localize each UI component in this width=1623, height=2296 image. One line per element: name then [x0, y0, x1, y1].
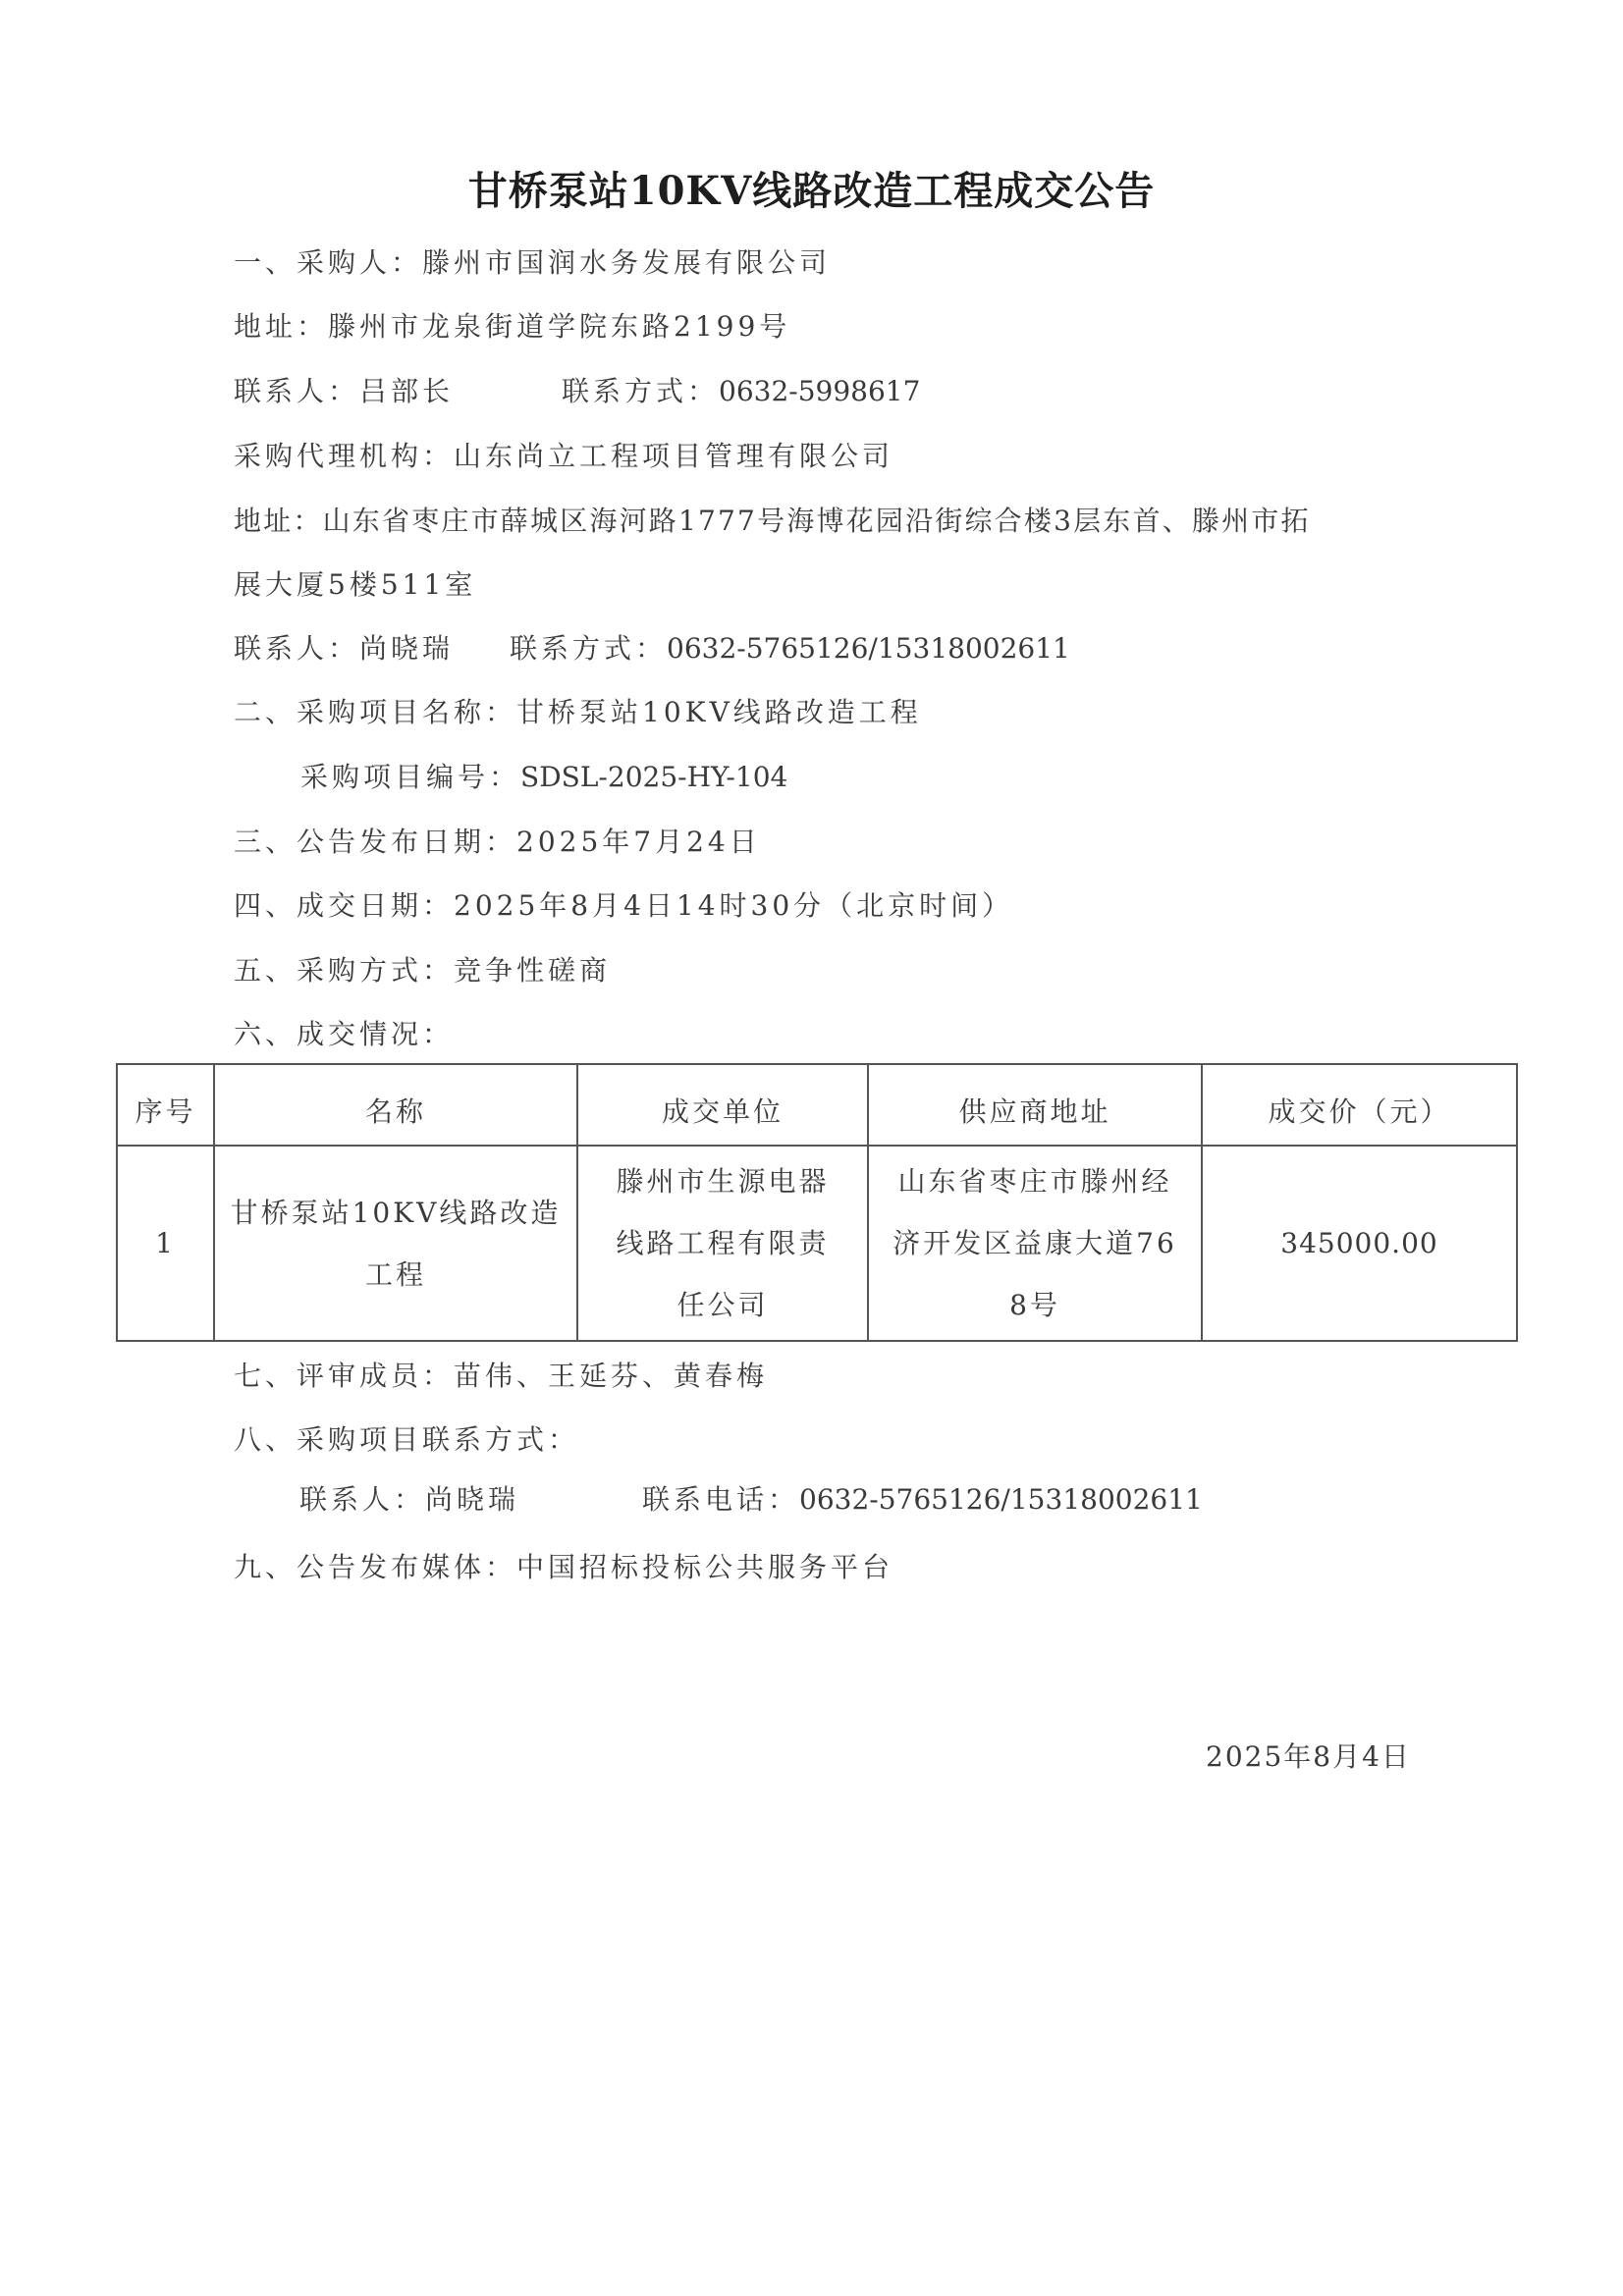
deal-status-heading: 六、成交情况： [234, 1018, 454, 1050]
cell-winner: 滕州市生源电器 线路工程有限责 任公司 [577, 1146, 868, 1341]
page-title: 甘桥泵站10KV线路改造工程成交公告 [0, 165, 1623, 218]
agency-address: 山东省枣庄市薛城区海河路1777号海博花园沿街综合楼3层东首、滕州市拓 [323, 505, 1311, 537]
agency-contact: 尚晓瑞 [359, 632, 454, 665]
announcement-date: 2025年7月24日 [516, 826, 761, 858]
deal-date-heading: 四、成交日期： [234, 889, 454, 922]
cell-supplier-address: 山东省枣庄市滕州经 济开发区益康大道76 8号 [868, 1146, 1202, 1341]
procurement-method: 竞争性磋商 [454, 954, 611, 987]
column-header-winner: 成交单位 [577, 1064, 868, 1146]
agency-address-line-2: 展大厦5楼511室 [234, 565, 476, 605]
deal-date: 2025年8月4日14时30分（北京时间） [454, 889, 1013, 922]
project-contact-line: 联系人：尚晓瑞 [299, 1480, 519, 1520]
agency-contact-line: 联系人：尚晓瑞 [234, 629, 454, 668]
cell-index: 1 [117, 1146, 214, 1341]
announcement-page: 甘桥泵站10KV线路改造工程成交公告 一、采购人：滕州市国润水务发展有限公司 地… [0, 0, 1623, 2296]
procurement-method-heading: 五、采购方式： [234, 954, 454, 987]
cell-winner-line: 任公司 [586, 1274, 859, 1336]
agency-name: 山东尚立工程项目管理有限公司 [454, 440, 893, 472]
agency-phone-label: 联系方式： [510, 632, 667, 665]
agency-phone-line: 联系方式：0632-5765126/15318002611 [510, 629, 1070, 668]
project-number-label: 采购项目编号： [300, 761, 520, 793]
agency-address-continued: 展大厦5楼511室 [234, 568, 476, 601]
agency-address-label: 地址： [234, 505, 323, 537]
purchaser-phone: 0632-5998617 [719, 375, 920, 407]
purchaser-contact: 吕部长 [359, 375, 454, 407]
project-contact-heading: 八、采购项目联系方式： [234, 1423, 579, 1456]
table-row: 1 甘桥泵站10KV线路改造 工程 滕州市生源电器 线路工程有限责 任公司 山东… [117, 1146, 1517, 1341]
project-contact-label: 联系人： [299, 1483, 425, 1516]
reviewers: 苗伟、王延芬、黄春梅 [454, 1360, 768, 1392]
agency-phone: 0632-5765126/15318002611 [667, 632, 1070, 665]
cell-project-name: 甘桥泵站10KV线路改造 工程 [214, 1146, 577, 1341]
procurement-method-line: 五、采购方式：竞争性磋商 [234, 951, 611, 990]
project-phone-label: 联系电话： [642, 1483, 799, 1516]
agency-line: 采购代理机构：山东尚立工程项目管理有限公司 [234, 437, 893, 476]
deal-status-line: 六、成交情况： [234, 1015, 454, 1054]
project-number: SDSL-2025-HY-104 [520, 761, 787, 793]
project-contact-heading-line: 八、采购项目联系方式： [234, 1420, 579, 1460]
purchaser-contact-line: 联系人：吕部长 [234, 372, 454, 411]
cell-winner-line: 线路工程有限责 [586, 1212, 859, 1274]
column-header-name: 名称 [214, 1064, 577, 1146]
column-header-index: 序号 [117, 1064, 214, 1146]
project-name: 甘桥泵站10KV线路改造工程 [516, 696, 922, 728]
reviewers-heading: 七、评审成员： [234, 1360, 454, 1392]
cell-price: 345000.00 [1202, 1146, 1517, 1341]
agency-contact-label: 联系人： [234, 632, 359, 665]
purchaser-address: 滕州市龙泉街道学院东路2199号 [328, 310, 790, 343]
agency-label: 采购代理机构： [234, 440, 454, 472]
media-heading: 九、公告发布媒体： [234, 1551, 516, 1583]
purchaser-address-label: 地址： [234, 310, 328, 343]
cell-address-line: 山东省枣庄市滕州经 [877, 1150, 1193, 1212]
purchaser-contact-label: 联系人： [234, 375, 359, 407]
deal-table: 序号 名称 成交单位 供应商地址 成交价（元） 1 甘桥泵站10KV线路改造 工… [116, 1063, 1518, 1342]
reviewers-line: 七、评审成员：苗伟、王延芬、黄春梅 [234, 1357, 768, 1396]
column-header-address: 供应商地址 [868, 1064, 1202, 1146]
cell-project-name-line: 工程 [223, 1244, 568, 1306]
cell-winner-line: 滕州市生源电器 [586, 1150, 859, 1212]
purchaser-phone-label: 联系方式： [562, 375, 719, 407]
cell-address-line: 8号 [877, 1274, 1193, 1336]
project-contact: 尚晓瑞 [425, 1483, 519, 1516]
purchaser-address-line: 地址：滕州市龙泉街道学院东路2199号 [234, 307, 790, 347]
cell-address-line: 济开发区益康大道76 [877, 1212, 1193, 1274]
announcement-date-line: 三、公告发布日期：2025年7月24日 [234, 823, 761, 862]
project-phone-line: 联系电话：0632-5765126/15318002611 [642, 1480, 1203, 1520]
media: 中国招标投标公共服务平台 [516, 1551, 893, 1583]
project-heading: 二、采购项目名称： [234, 696, 516, 728]
purchaser-line: 一、采购人：滕州市国润水务发展有限公司 [234, 243, 831, 283]
deal-date-line: 四、成交日期：2025年8月4日14时30分（北京时间） [234, 886, 1013, 926]
column-header-price: 成交价（元） [1202, 1064, 1517, 1146]
purchaser-phone-line: 联系方式：0632-5998617 [562, 372, 920, 411]
media-line: 九、公告发布媒体：中国招标投标公共服务平台 [234, 1548, 893, 1587]
project-name-line: 二、采购项目名称：甘桥泵站10KV线路改造工程 [234, 693, 922, 732]
purchaser-heading: 一、采购人： [234, 246, 422, 279]
signature-date: 2025年8月4日 [1206, 1737, 1411, 1777]
project-number-line: 采购项目编号：SDSL-2025-HY-104 [300, 758, 787, 797]
announcement-date-heading: 三、公告发布日期： [234, 826, 516, 858]
purchaser-name: 滕州市国润水务发展有限公司 [422, 246, 831, 279]
agency-address-line-1: 地址：山东省枣庄市薛城区海河路1777号海博花园沿街综合楼3层东首、滕州市拓 [234, 502, 1311, 541]
project-phone: 0632-5765126/15318002611 [799, 1483, 1203, 1516]
table-header-row: 序号 名称 成交单位 供应商地址 成交价（元） [117, 1064, 1517, 1146]
cell-project-name-line: 甘桥泵站10KV线路改造 [223, 1182, 568, 1244]
